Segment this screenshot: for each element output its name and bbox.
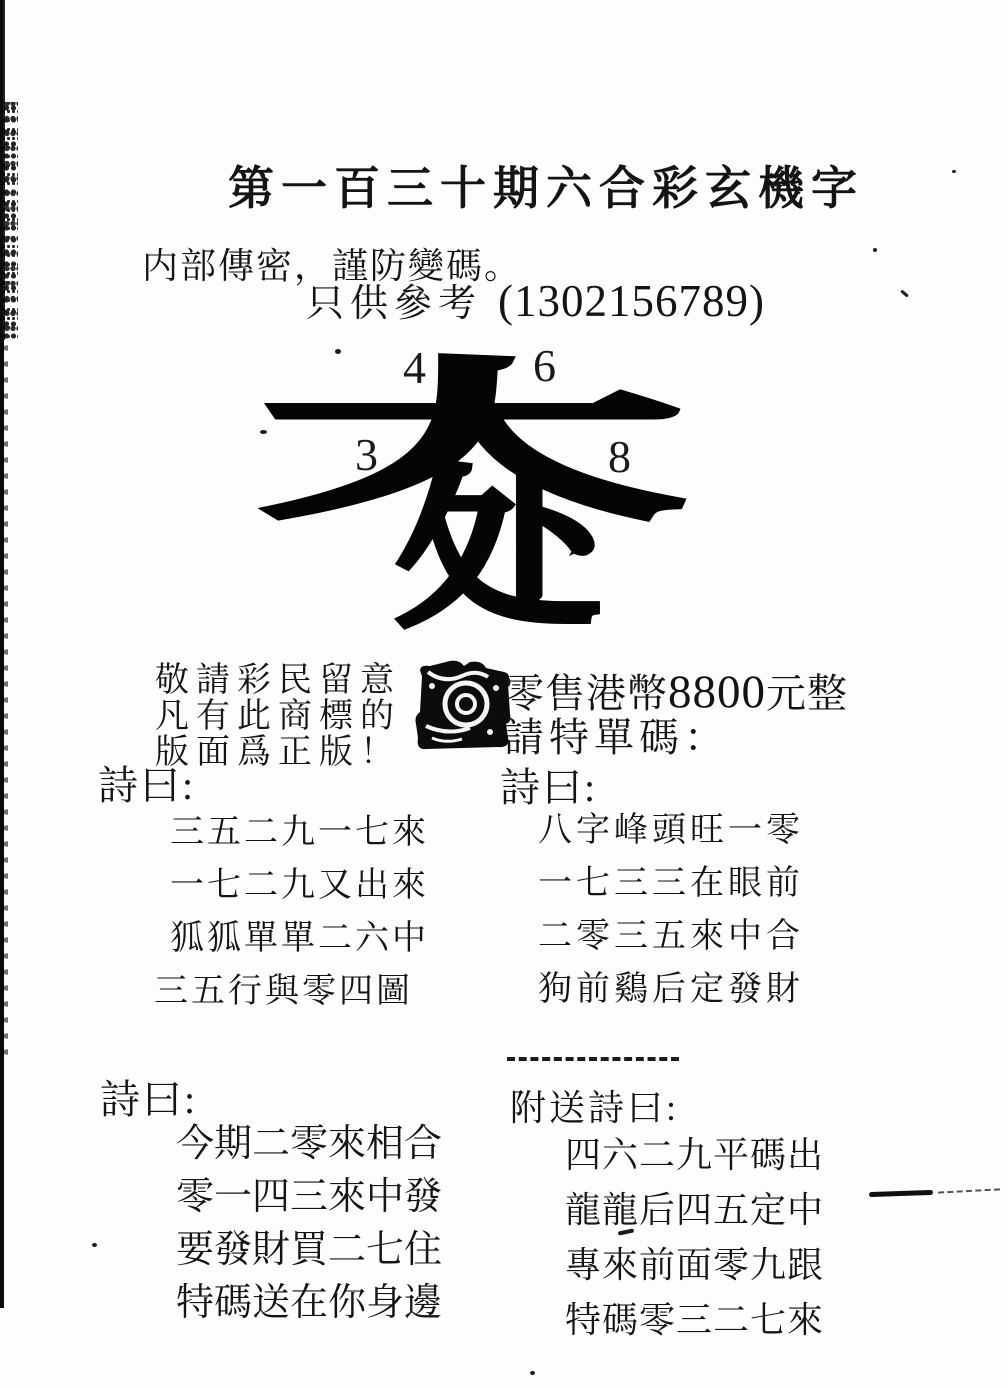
reference-note-text: 只供參考 [306, 283, 482, 325]
mystery-sub-character: 处 [398, 466, 600, 637]
snake-seal-stamp-icon [412, 658, 518, 752]
special-code-label: 請特單碼： [504, 706, 729, 763]
poem-line: 特碼零三二七來 [565, 1293, 824, 1348]
handwritten-dash-trail [938, 1188, 1000, 1193]
scan-artifact-speckle-column [1, 340, 8, 1060]
scan-speck [952, 170, 956, 173]
dashed-divider [507, 1057, 679, 1061]
handwritten-dash-mark [869, 1190, 933, 1197]
poem-line: 一七三三在眼前 [538, 857, 804, 910]
poem-line: 龍龍后四五定中 [565, 1183, 824, 1238]
poem-line: 三五二九一七來 [170, 806, 429, 859]
page-title: 第一百三十期六合彩玄機字 [228, 152, 864, 218]
poem-line: 八字峰頭旺一零 [538, 804, 804, 857]
poem-line: 專來前面零九跟 [565, 1238, 824, 1293]
poem-line: 二零三五來中合 [538, 910, 804, 963]
poem-top-left: 三五二九一七來 一七二九又出來 狐狐單單二六中 三五行與零四圖 [170, 806, 429, 1018]
poem-line: 狗前鷄后定發財 [538, 963, 804, 1016]
poem-line: 四六二九平碼出 [565, 1128, 824, 1183]
trademark-line: 凡有此商標的 [155, 699, 401, 735]
scan-speck [530, 1371, 535, 1375]
poem-bottom-left: 今期二零來相合 零一四三來中發 要發財買二七住 特碼送在你身邊 [176, 1118, 442, 1330]
scan-speck [92, 1243, 97, 1247]
scan-artifact-speckle-band [3, 102, 18, 340]
poem-line: 今期二零來相合 [176, 1118, 442, 1171]
price-suffix: 元整 [766, 671, 848, 716]
scanned-lottery-sheet: 第一百三十期六合彩玄機字 内部傳密，謹防變碼。 只供參考(1302156789)… [0, 0, 1008, 1388]
poem-line: 一七二九又出來 [170, 859, 429, 912]
poem-header-top-left: 詩曰: [98, 754, 195, 811]
scan-speck [873, 248, 877, 252]
poem-header-bottom-right: 附送詩曰: [510, 1080, 679, 1131]
poem-line: 特碼送在你身邊 [176, 1277, 442, 1330]
poem-bottom-right: 四六二九平碼出 龍龍后四五定中 專來前面零九跟 特碼零三二七來 [565, 1128, 824, 1348]
poem-header-bottom-left: 詩曰: [100, 1068, 197, 1125]
reference-number: (1302156789) [498, 276, 765, 326]
scan-speck [260, 430, 267, 434]
poem-line: 零一四三來中發 [176, 1171, 442, 1224]
poem-line: 三五行與零四圖 [154, 965, 429, 1018]
trademark-line: 敬請彩民留意 [155, 663, 401, 699]
reference-note: 只供參考(1302156789) [306, 272, 765, 327]
poem-top-right: 八字峰頭旺一零 一七三三在眼前 二零三五來中合 狗前鷄后定發財 [538, 804, 804, 1016]
poem-line: 狐狐單單二六中 [170, 912, 429, 965]
scan-speck [900, 289, 909, 297]
poem-line: 要發財買二七住 [176, 1224, 442, 1277]
scan-speck [335, 349, 341, 354]
